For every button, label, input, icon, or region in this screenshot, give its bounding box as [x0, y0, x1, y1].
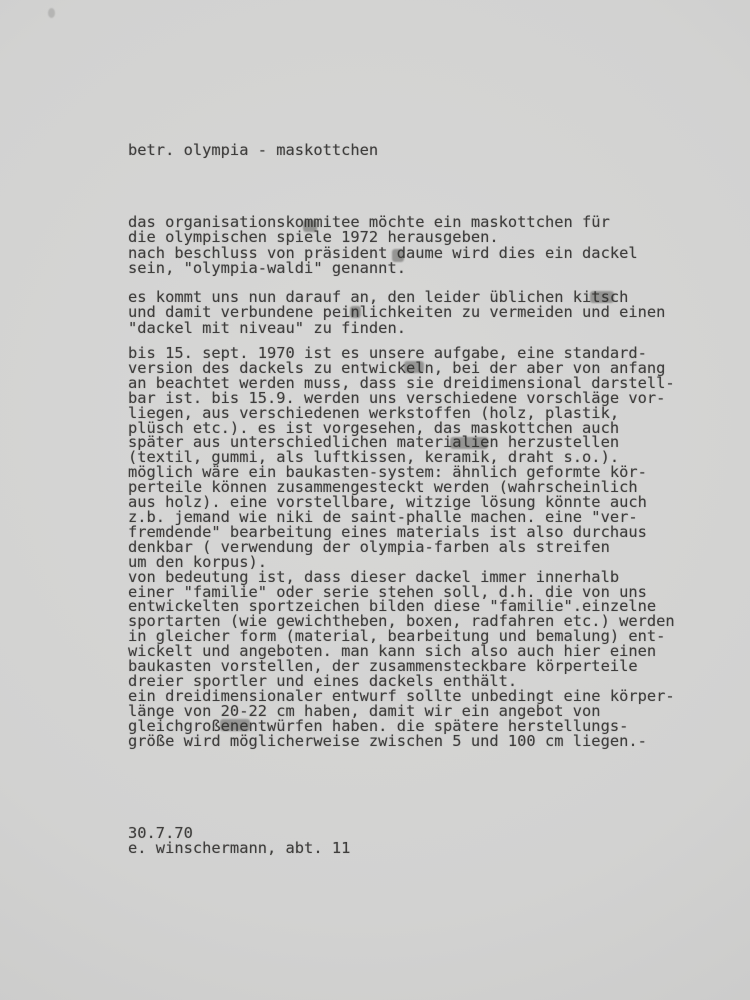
signature-line: e. winschermann, abt. 11 [128, 841, 350, 856]
overstrike-mark [303, 220, 317, 232]
paragraph-goal: es kommt uns nun darauf an, den leider ü… [128, 290, 665, 336]
scan-speck [48, 8, 55, 18]
overstrike-mark [350, 306, 361, 318]
overstrike-mark [450, 437, 488, 449]
paragraph-intro: das organisationskommitee möchte ein mas… [128, 215, 638, 277]
scanned-page: betr. olympia - maskottchen das organisa… [0, 0, 750, 1000]
overstrike-mark [220, 719, 250, 731]
overstrike-mark [392, 249, 404, 262]
paragraph-main: bis 15. sept. 1970 ist es unsere aufgabe… [128, 346, 675, 748]
typewritten-letter: betr. olympia - maskottchen das organisa… [128, 0, 750, 1000]
overstrike-mark [404, 361, 424, 373]
subject-line: betr. olympia - maskottchen [128, 143, 378, 158]
overstrike-mark [590, 291, 614, 303]
